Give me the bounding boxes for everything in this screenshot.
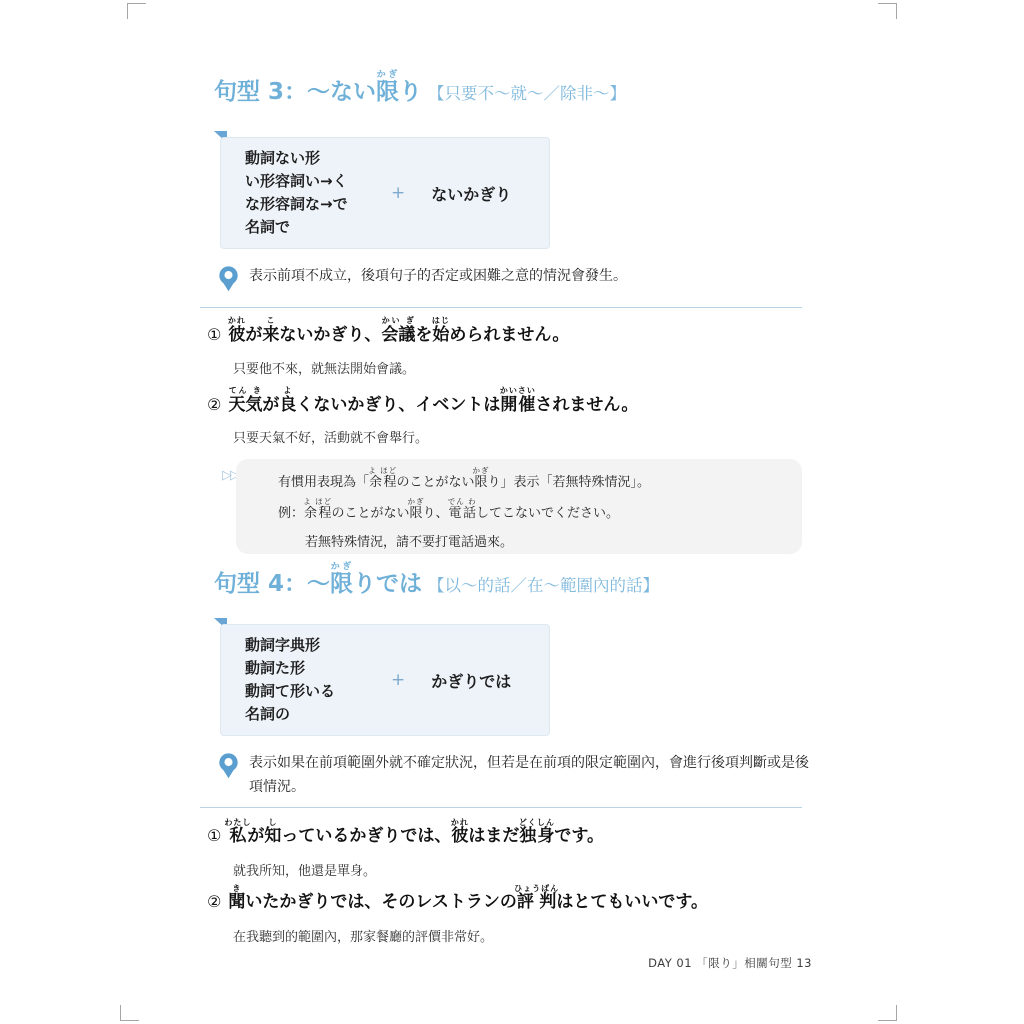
section4-formula-left-column: 動詞字典形 動詞た形 動詞て形いる 名詞の (245, 634, 391, 726)
section3-usage-row: 表示前項不成立，後項句子的否定或困難之意的情況會發生。 (218, 264, 811, 293)
section4-example2-translation: 在我聽到的範圍內，那家餐廳的評價非常好。 (233, 926, 493, 945)
note-box: 有慣用表現為「余程よ ほどのことがない限かぎり」表示「若無特殊情況」。 例：余程… (236, 459, 802, 554)
formula-line: 動詞た形 (245, 657, 391, 680)
section4-usage-text: 表示如果在前項範圍外就不確定狀況，但若是在前項的限定範圍內，會進行後項判斷或是後… (249, 751, 811, 799)
note-line: 例：余程よ ほどのことがない限かぎり、電話でん わしてこないでください。 (278, 497, 802, 528)
section4-usage-row: 表示如果在前項範圍外就不確定狀況，但若是在前項的限定範圍內，會進行後項判斷或是後… (218, 751, 811, 799)
formula-line: 名詞で (245, 216, 391, 239)
section-divider (200, 807, 802, 808)
plus-sign: + (391, 183, 405, 203)
section3-formula-box: 動詞ない形 い形容詞い→く な形容詞な→で 名詞で + ないかぎり (220, 137, 550, 249)
example-number: ② (207, 892, 221, 911)
section3-title-annotation: 【只要不〜就〜／除非〜】 (428, 84, 626, 103)
section3-usage-text: 表示前項不成立，後項句子的否定或困難之意的情況會發生。 (249, 264, 811, 288)
section4-example1-translation: 就我所知，他還是單身。 (233, 860, 376, 879)
formula-line: 動詞ない形 (245, 147, 391, 170)
note-line: 有慣用表現為「余程よ ほどのことがない限かぎり」表示「若無特殊情況」。 (278, 466, 802, 497)
crop-mark-bottom-right (878, 1005, 897, 1021)
textbook-page: 句型 3：〜ない限かぎり【只要不〜就〜／除非〜】 動詞ない形 い形容詞い→く な… (0, 0, 1024, 1024)
example-number: ① (207, 826, 221, 845)
section4-formula-box: 動詞字典形 動詞た形 動詞て形いる 名詞の + かぎりでは (220, 624, 550, 736)
plus-sign: + (391, 670, 405, 690)
section3-formula-result: ないかぎり (431, 182, 511, 205)
section3-example2-translation: 只要天氣不好，活動就不會舉行。 (233, 427, 428, 446)
formula-line: 動詞て形いる (245, 680, 391, 703)
example-japanese: 天気てん きが良よくないかぎり、イベントは開催かいさいされません。 (228, 395, 638, 415)
section3-title-text: 句型 3：〜ない限かぎり (214, 79, 422, 105)
section4-title-text: 句型 4：〜限かぎりでは (214, 571, 422, 597)
example-number: ① (207, 325, 221, 344)
formula-line: い形容詞い→く (245, 170, 391, 193)
crop-mark-bottom-left (120, 1005, 139, 1021)
example-japanese: 彼かれが来こないかぎり、会議かい ぎを始はじめられません。 (228, 325, 569, 345)
footer-page-info: DAY 01 「限り」相關句型 13 (648, 955, 812, 971)
location-pin-icon (218, 752, 239, 780)
formula-line: 動詞字典形 (245, 634, 391, 657)
section3-example2: ②天気てん きが良よくないかぎり、イベントは開催かいさいされません。 (207, 386, 638, 423)
section3-example1-translation: 只要他不來，就無法開始會議。 (233, 358, 415, 377)
section-divider (200, 307, 802, 308)
section4-example1: ①私わたしが知しっているかぎりでは、彼かれはまだ独身どくしんです。 (207, 818, 604, 854)
section4-title-annotation: 【以〜的話／在〜範圍內的話】 (428, 576, 659, 595)
note-line-translation: 若無特殊情況，請不要打電話過來。 (278, 528, 802, 557)
crop-mark-top-left (127, 3, 146, 19)
example-japanese: 聞きいたかぎりでは、そのレストランの評判ひょうばんはとてもいいです。 (228, 892, 708, 912)
section3-example1: ①彼かれが来こないかぎり、会議かい ぎを始はじめられません。 (207, 316, 569, 353)
example-number: ② (207, 395, 221, 414)
formula-line: な形容詞な→で (245, 193, 391, 216)
example-japanese: 私わたしが知しっているかぎりでは、彼かれはまだ独身どくしんです。 (228, 826, 604, 846)
section4-example2: ②聞きいたかぎりでは、そのレストランの評判ひょうばんはとてもいいです。 (207, 884, 708, 920)
crop-mark-top-right (878, 3, 897, 19)
formula-line: 名詞の (245, 703, 391, 726)
section4-formula-result: かぎりでは (431, 669, 511, 692)
location-pin-icon (218, 265, 239, 293)
section3-title: 句型 3：〜ない限かぎり【只要不〜就〜／除非〜】 (214, 70, 626, 114)
section3-formula-left-column: 動詞ない形 い形容詞い→く な形容詞な→で 名詞で (245, 147, 391, 239)
section4-title: 句型 4：〜限かぎりでは【以〜的話／在〜範圍內的話】 (214, 562, 659, 606)
